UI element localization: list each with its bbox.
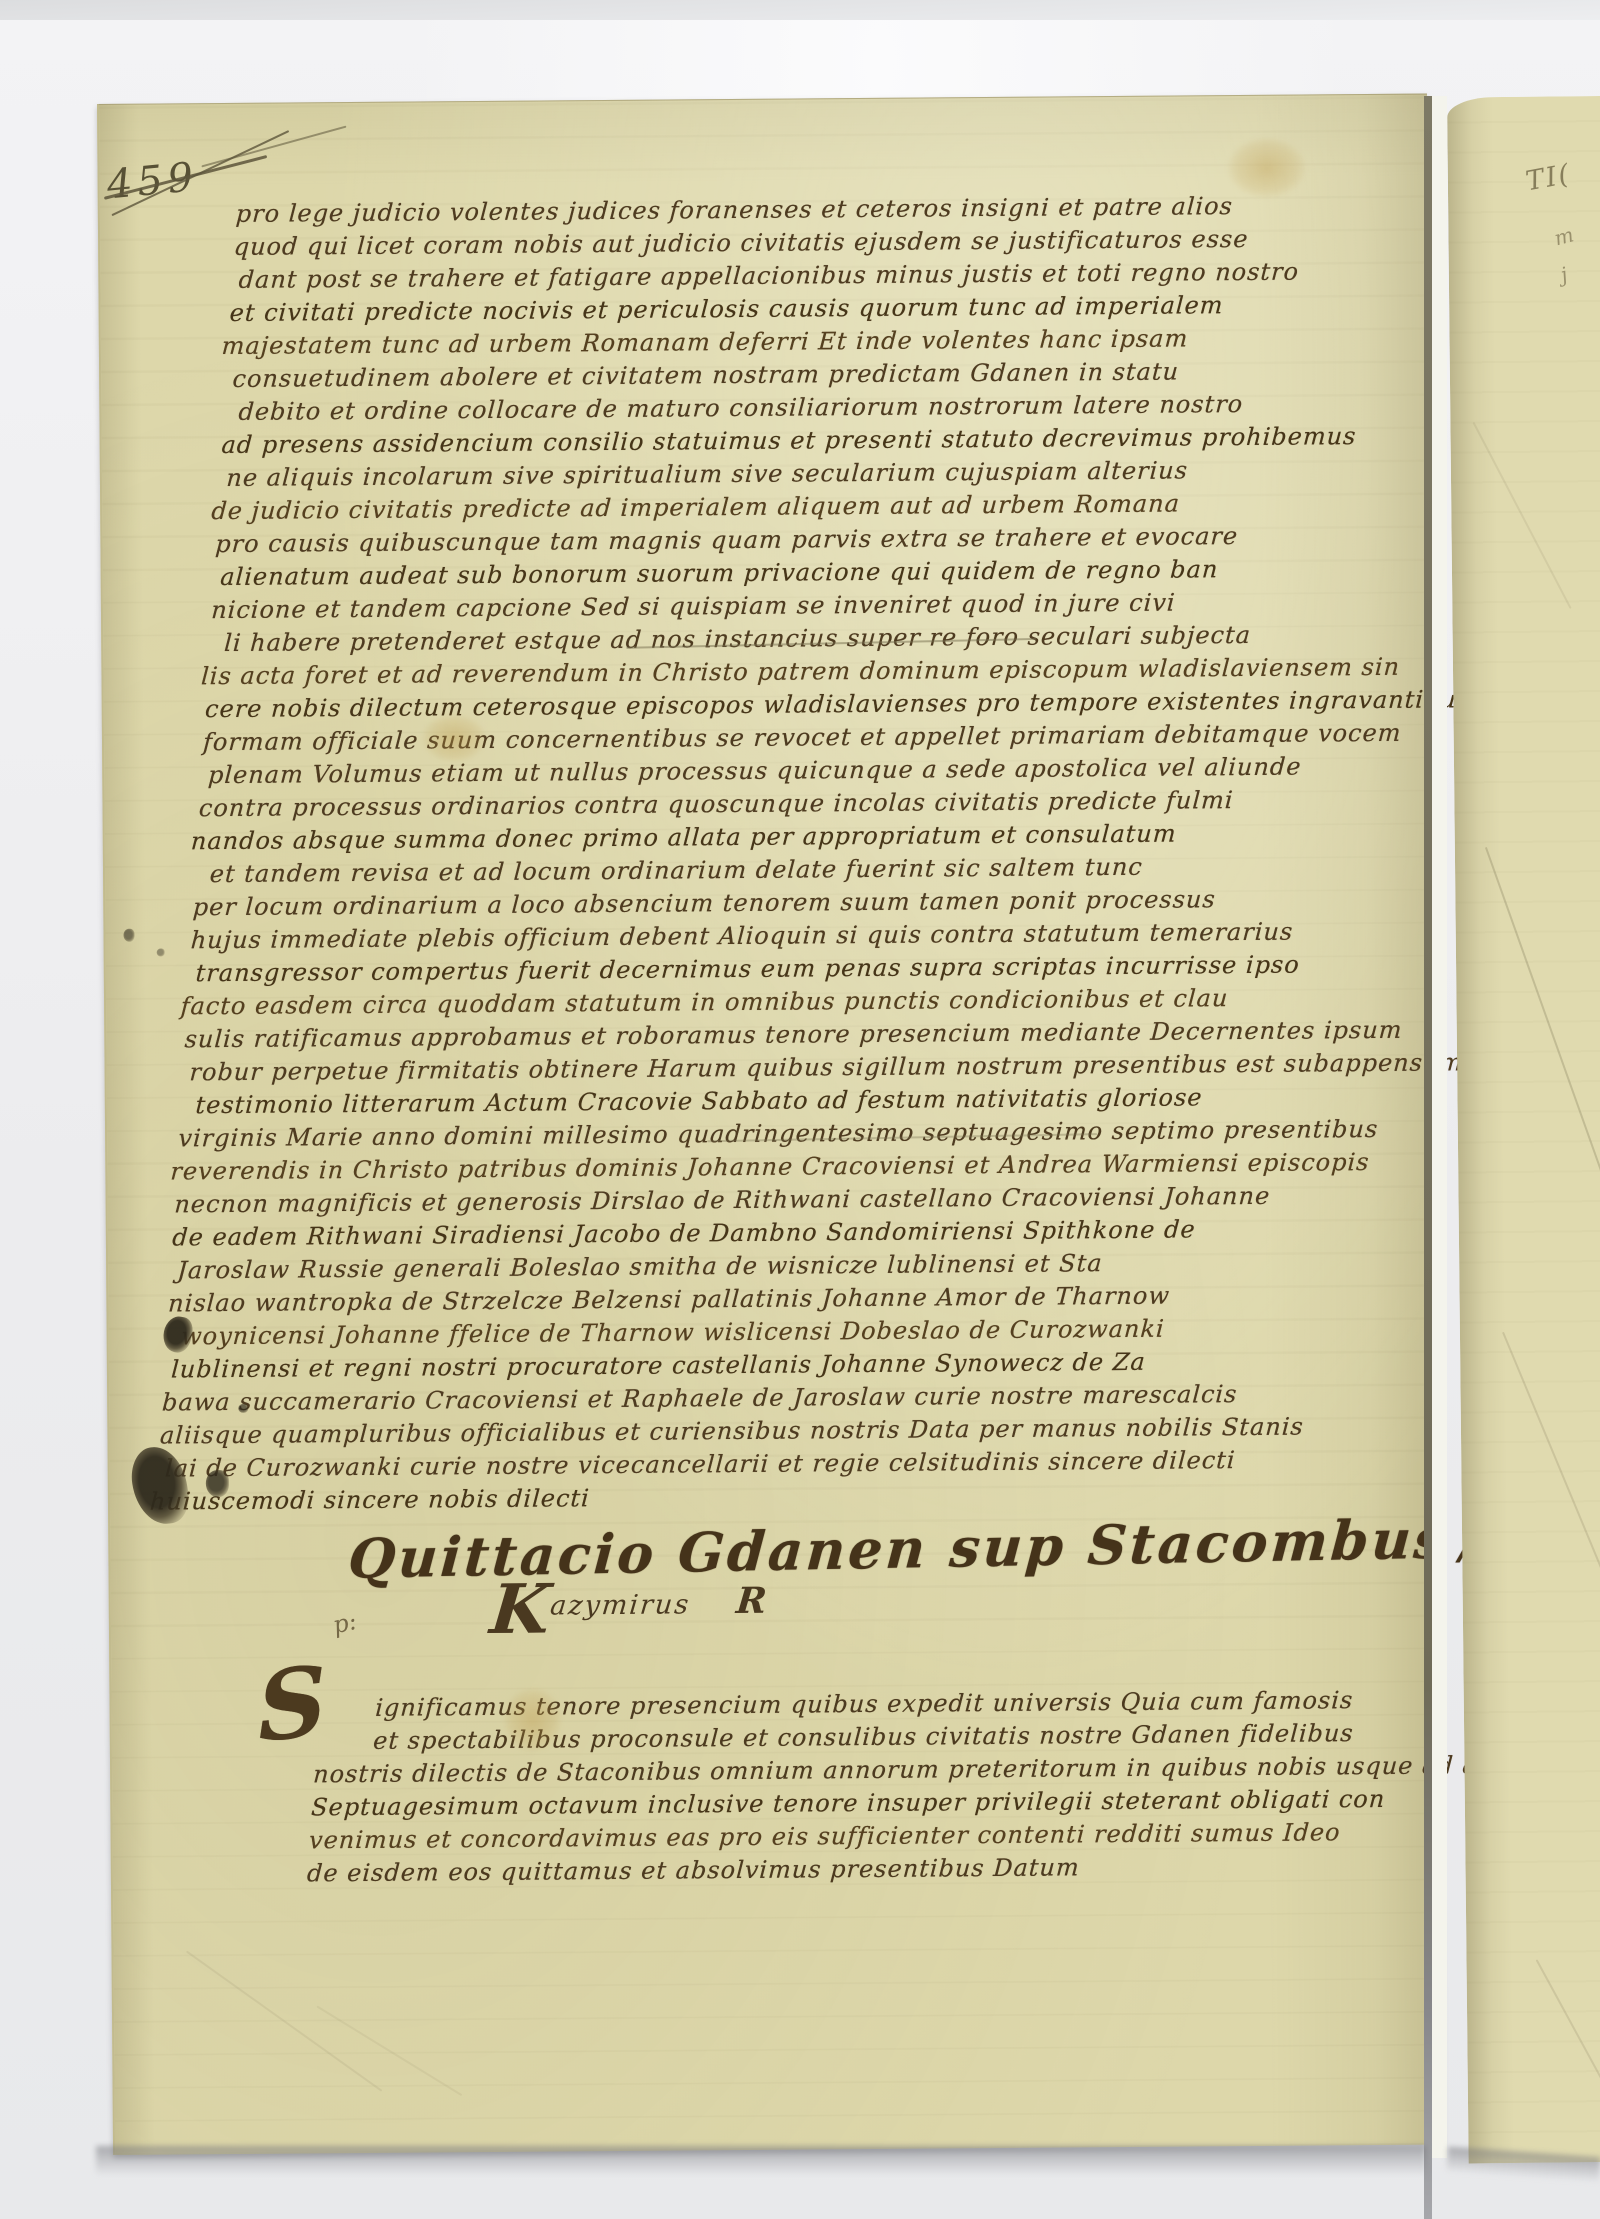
scanned-manuscript-spread: 459 pro lege judicio volentes judices fo… [0, 0, 1600, 2219]
show-through-stroke [1502, 1332, 1600, 1619]
stain [503, 1687, 562, 1751]
gutter-page-edge-highlight [1432, 96, 1447, 2158]
folio-strikethrough [201, 126, 346, 168]
stain [422, 714, 486, 763]
show-through-stroke [316, 2005, 462, 2096]
manuscript-page: 459 pro lege judicio volentes judices fo… [97, 94, 1443, 2155]
facing-page-mark: TI( [1523, 159, 1573, 198]
margin-mark: p: [330, 1607, 359, 1639]
page-bottom-shadow [96, 2146, 1426, 2176]
show-through-stroke [1536, 1959, 1600, 2162]
ink-blot [206, 1470, 229, 1497]
subheading-initial: K [487, 1569, 554, 1650]
show-through-stroke [1473, 422, 1572, 609]
drop-cap-initial: S [257, 1684, 329, 1726]
show-through-stroke [1485, 847, 1600, 1215]
subheading-regnal-mark: R [735, 1580, 769, 1622]
subheading-rest: azymirus [549, 1589, 692, 1621]
ink-blot [123, 929, 134, 942]
manuscript-body: pro lege judicio volentes judices forane… [155, 189, 1397, 1519]
stain [1227, 138, 1305, 199]
ink-blot [238, 1404, 248, 1413]
folio-number-text: 459 [105, 154, 200, 208]
regnal-subheading: KazymirusR [487, 1568, 770, 1650]
bottom-paragraph: S ignificamus tenore presencium quibus e… [252, 1683, 1394, 1890]
faint-scribble: j [1558, 262, 1570, 287]
manuscript-text-line: de eisdem eos quittamus et absolvimus pr… [306, 1848, 1384, 1889]
show-through-stroke [186, 1951, 382, 2092]
facing-page-edge: TI( m j [1447, 96, 1600, 2163]
gutter-crease [1424, 96, 1432, 2219]
faint-scribble: m [1552, 222, 1576, 250]
ink-blot [157, 948, 165, 956]
